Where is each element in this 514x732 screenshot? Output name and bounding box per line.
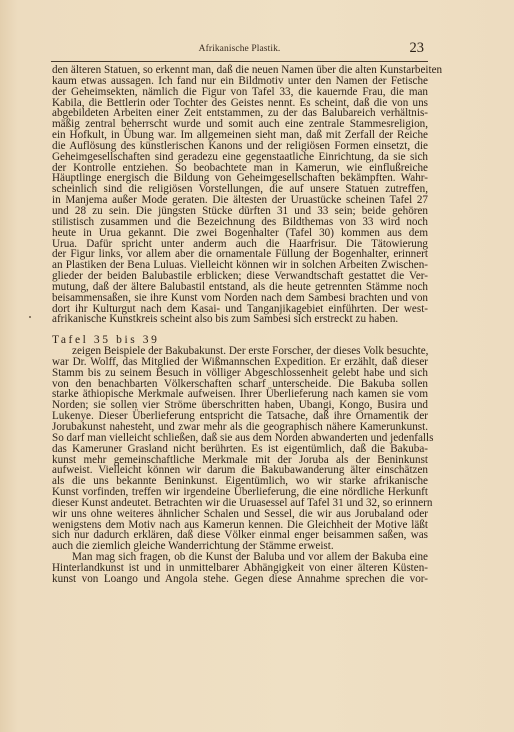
page-header: Afrikanische Plastik. 23 <box>51 40 428 58</box>
header-rule <box>51 61 428 62</box>
text-line: beisammensaßen, sie ihre Kunst vom Norde… <box>52 293 428 304</box>
page-number: 23 <box>410 40 425 57</box>
body-text: den älteren Statuen, so erkennt man, daß… <box>52 65 428 585</box>
text-line: afrikanische Kunstkreis scheint also bis… <box>52 314 428 325</box>
paragraph-2: zeigen Beispiele der Bakubakunst. Der er… <box>52 346 428 552</box>
text-line: der Geheimsekten, nämlich die Figur von … <box>52 87 428 98</box>
text-line: heute in Urua gekannt. Die zwei Bogenhal… <box>52 228 428 239</box>
text-line: Stamm bis zu seinem Besuch in völliger A… <box>52 368 428 379</box>
text-line: Geheimgesellschaften sind geradezu eine … <box>52 152 428 163</box>
paragraph-3: Man mag sich fragen, ob die Kunst der Ba… <box>52 552 428 585</box>
text-line: wir uns ohne weiteres ähnlicher Schalen … <box>52 509 428 520</box>
paragraph-1: den älteren Statuen, so erkennt man, daß… <box>52 65 428 325</box>
text-line: das Kameruner Grasland nicht berührten. … <box>52 444 428 455</box>
running-title: Afrikanische Plastik. <box>51 44 428 54</box>
margin-mark <box>29 316 31 318</box>
text-line: kunst von Loango und Angola stehe. Gegen… <box>52 574 428 585</box>
